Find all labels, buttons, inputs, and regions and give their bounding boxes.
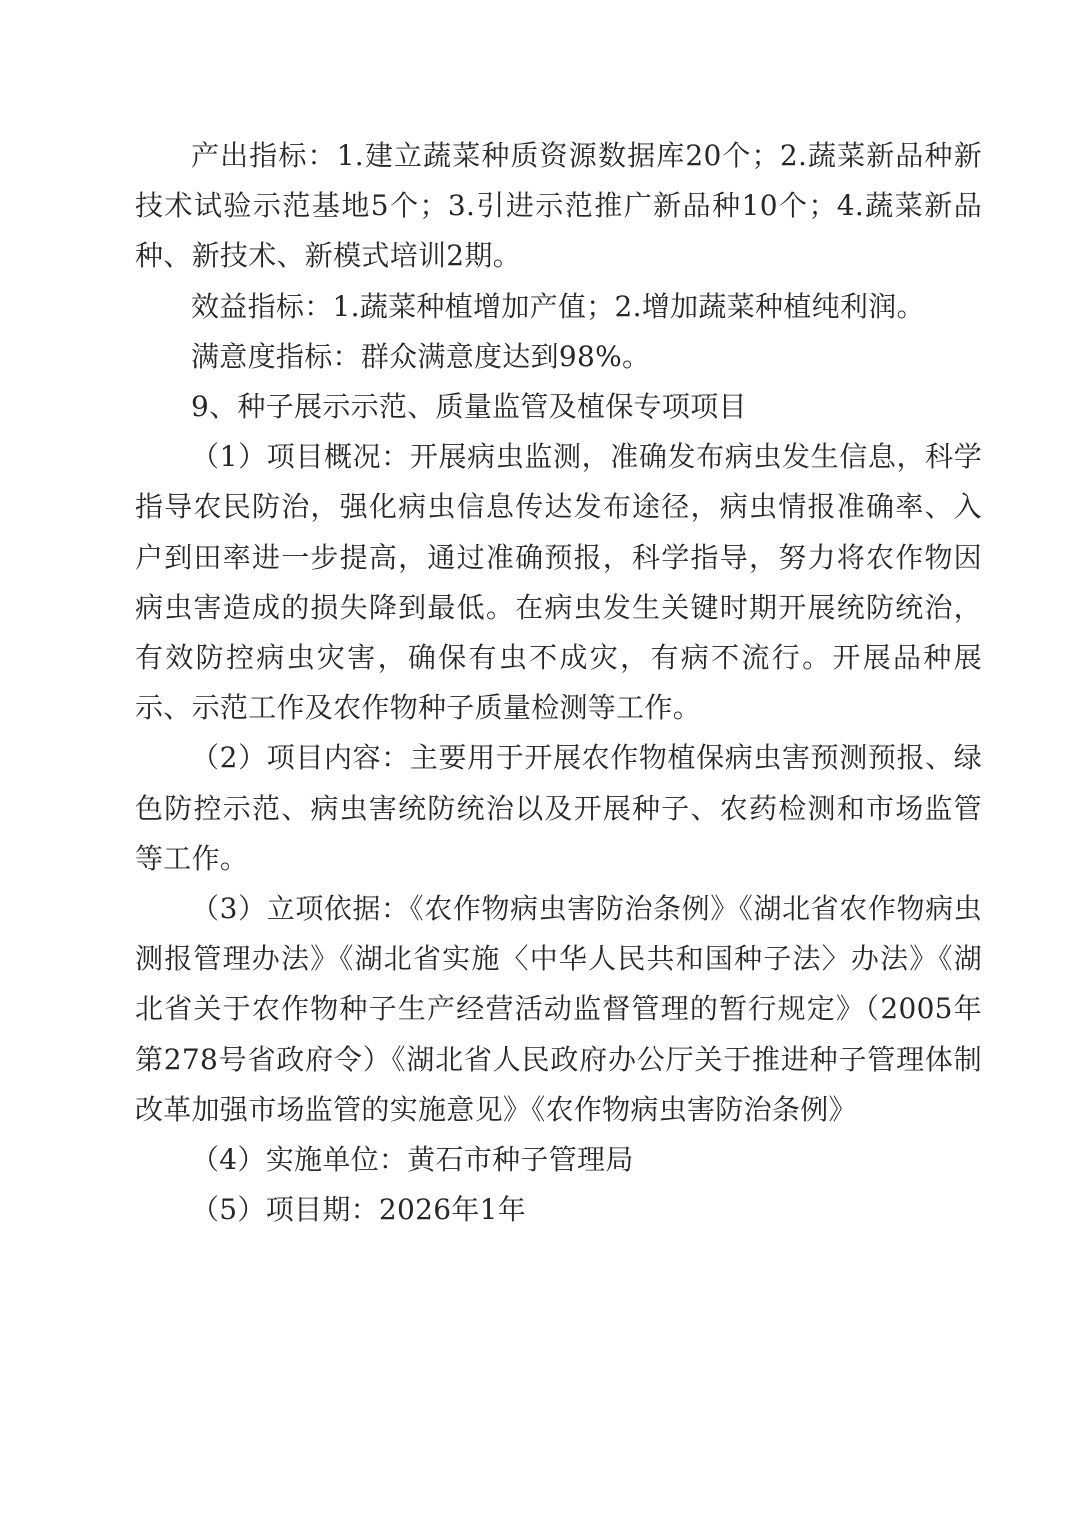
- document-page: 产出指标：1.建立蔬菜种质资源数据库20个；2.蔬菜新品种新技术试验示范基地5个…: [0, 0, 1074, 1520]
- paragraph-project-period: （5）项目期：2026年1年: [135, 1185, 982, 1235]
- paragraph-project-overview: （1）项目概况：开展病虫监测，准确发布病虫发生信息，科学指导农民防治，强化病虫信…: [135, 432, 982, 733]
- paragraph-implementing-unit: （4）实施单位：黄石市种子管理局: [135, 1135, 982, 1185]
- paragraph-satisfaction-indicators: 满意度指标：群众满意度达到98%。: [135, 332, 982, 382]
- paragraph-project-legal-basis: （3）立项依据：《农作物病虫害防治条例》《湖北省农作物病虫测报管理办法》《湖北省…: [135, 884, 982, 1135]
- paragraph-benefit-indicators: 效益指标：1.蔬菜种植增加产值；2.增加蔬菜种植纯利润。: [135, 282, 982, 332]
- heading-project-9: 9、种子展示示范、质量监管及植保专项项目: [135, 382, 982, 432]
- paragraph-project-content: （2）项目内容：主要用于开展农作物植保病虫害预测预报、绿色防控示范、病虫害统防统…: [135, 733, 982, 884]
- document-text-block: 产出指标：1.建立蔬菜种质资源数据库20个；2.蔬菜新品种新技术试验示范基地5个…: [135, 131, 982, 1235]
- paragraph-output-indicators: 产出指标：1.建立蔬菜种质资源数据库20个；2.蔬菜新品种新技术试验示范基地5个…: [135, 131, 982, 282]
